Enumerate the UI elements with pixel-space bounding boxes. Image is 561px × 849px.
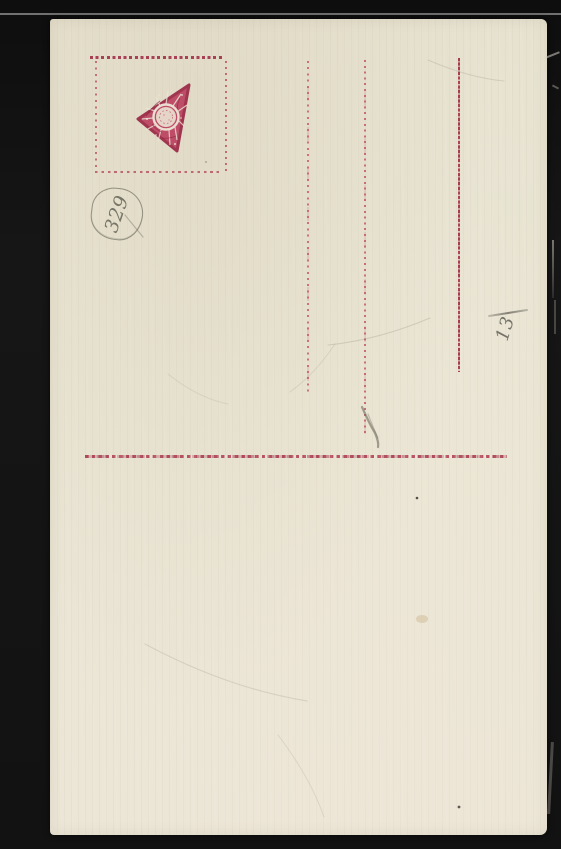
side-number-text: 13 xyxy=(492,314,519,344)
address-line-1 xyxy=(307,61,309,395)
address-line-2 xyxy=(364,60,366,434)
border-scratch xyxy=(552,84,559,89)
stamp-box-edge-right xyxy=(225,61,227,171)
stamp-box-edge-left xyxy=(95,61,97,169)
circled-number-text: 329 xyxy=(100,193,133,236)
border-scratch xyxy=(552,240,554,298)
photo-background: 329 13 xyxy=(0,0,561,849)
side-number-annotation: 13 xyxy=(486,300,532,360)
stamp-box-edge-bottom xyxy=(95,171,221,173)
triangle-sun-stamp-icon xyxy=(132,78,198,158)
border-scratch xyxy=(547,742,553,814)
background-edge-line xyxy=(0,13,561,15)
postcard: 329 13 xyxy=(50,19,547,835)
circled-number-annotation: 329 xyxy=(88,185,146,243)
address-line-3 xyxy=(458,58,460,372)
border-scratch xyxy=(554,300,556,334)
border-scratch xyxy=(545,51,560,58)
stamp-box-edge-top xyxy=(90,56,224,59)
divider-line xyxy=(85,455,507,458)
